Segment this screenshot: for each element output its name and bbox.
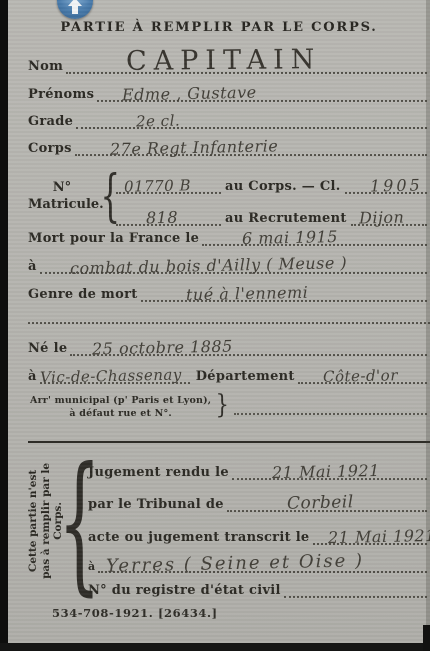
tribunal-label: par le Tribunal de bbox=[88, 497, 227, 512]
ne-le-value: 25 octobre 1885 bbox=[92, 337, 233, 359]
lieu-transcription-value: Yerres ( Seine et Oise ) bbox=[106, 550, 364, 576]
classe-value: 1905 bbox=[369, 175, 422, 195]
prenoms-line: Edme , Gustave bbox=[97, 100, 427, 102]
arrondissement-label-line2: à défaut rue et N°. bbox=[30, 408, 211, 421]
arrondissement-brace: } bbox=[216, 392, 229, 418]
departement-label: Département bbox=[190, 369, 298, 384]
registre-label: N° du registre d'état civil bbox=[88, 583, 284, 598]
field-row-jugement: Jugement rendu le 21 Mai 1921 bbox=[88, 462, 427, 480]
field-block-arrondissement: Arr' municipal (p' Paris et Lyon), à déf… bbox=[30, 394, 427, 422]
genre-mort-value: tué à l'ennemi bbox=[185, 283, 308, 305]
field-row-lieu-transcription: à Yerres ( Seine et Oise ) bbox=[88, 555, 427, 573]
dotted-separator bbox=[28, 322, 430, 324]
prenoms-value: Edme , Gustave bbox=[122, 83, 257, 105]
ne-a-value: Vic-de-Chassenay bbox=[40, 366, 182, 387]
recrutement-line: Dijon bbox=[351, 224, 427, 226]
tribunal-line: Corbeil bbox=[227, 510, 427, 512]
arrondissement-label-line1: Arr' municipal (p' Paris et Lyon), bbox=[30, 395, 211, 408]
matricule-label-line2: Matricule. bbox=[28, 197, 96, 214]
jugement-label: Jugement rendu le bbox=[88, 465, 232, 480]
ne-le-line: 25 octobre 1885 bbox=[70, 354, 427, 356]
corps-value: 27e Regt Infanterie bbox=[110, 136, 279, 159]
lieu-mort-value: combat du bois d'Ailly ( Meuse ) bbox=[70, 253, 347, 278]
lieu-transcription-label: à bbox=[88, 560, 98, 573]
nom-line: CAPITAIN bbox=[66, 72, 427, 74]
recrutement-value: Dijon bbox=[358, 208, 404, 228]
scan-edge-left bbox=[0, 0, 8, 651]
arrondissement-label: Arr' municipal (p' Paris et Lyon), à déf… bbox=[30, 395, 211, 421]
corps-line: 27e Regt Infanterie bbox=[75, 154, 427, 156]
arrondissement-line bbox=[234, 401, 427, 415]
lieu-mort-label: à bbox=[28, 259, 40, 274]
tribunal-value: Corbeil bbox=[287, 492, 354, 513]
transcrit-value: 21 Mai 1921 bbox=[327, 526, 430, 547]
field-row-grade: Grade 2e cl. bbox=[28, 111, 427, 129]
departement-value: Côte-d'or bbox=[323, 366, 398, 386]
mort-value: 6 mai 1915 bbox=[242, 227, 338, 248]
mort-label: Mort pour la France le bbox=[28, 231, 202, 246]
registre-line bbox=[284, 596, 427, 598]
field-row-nom: Nom CAPITAIN bbox=[28, 46, 427, 74]
field-row-registre: N° du registre d'état civil bbox=[88, 580, 427, 598]
matricule-corps-value: 01770 B bbox=[124, 176, 191, 195]
scan-edge-right bbox=[426, 0, 430, 651]
field-row-lieu-mort: à combat du bois d'Ailly ( Meuse ) bbox=[28, 256, 427, 274]
matricule-lines: 01770 B au Corps. — Cl. 1905 818 au Recr… bbox=[116, 168, 427, 226]
grade-label: Grade bbox=[28, 114, 76, 129]
scan-edge-corner bbox=[423, 625, 430, 651]
scroll-top-button[interactable] bbox=[57, 0, 93, 19]
field-row-tribunal: par le Tribunal de Corbeil bbox=[88, 494, 427, 512]
field-row-transcrit: acte ou jugement transcrit le 21 Mai 192… bbox=[88, 527, 427, 545]
transcrit-label: acte ou jugement transcrit le bbox=[88, 530, 313, 545]
jugement-value: 21 Mai 1921 bbox=[272, 461, 380, 482]
genre-mort-line: tué à l'ennemi bbox=[141, 300, 427, 302]
mort-line: 6 mai 1915 bbox=[202, 244, 427, 246]
au-recrutement-label: au Recrutement bbox=[221, 211, 351, 226]
departement-line: Côte-d'or bbox=[298, 382, 427, 384]
matricule-label: N° Matricule. bbox=[28, 180, 96, 214]
lieu-transcription-line: Yerres ( Seine et Oise ) bbox=[98, 571, 427, 573]
matricule-recrutement-line: 818 bbox=[116, 224, 221, 226]
genre-mort-label: Genre de mort bbox=[28, 287, 141, 302]
matricule-label-line1: N° bbox=[28, 180, 96, 197]
nom-label: Nom bbox=[28, 59, 66, 74]
scan-edge-bottom bbox=[0, 643, 430, 651]
jugement-line: 21 Mai 1921 bbox=[232, 478, 427, 480]
form-reference-code: 534-708-1921. [26434.] bbox=[52, 606, 218, 620]
corps-label: Corps bbox=[28, 141, 75, 156]
matricule-line-corps: 01770 B au Corps. — Cl. 1905 bbox=[116, 172, 427, 194]
matricule-brace: { bbox=[101, 172, 112, 222]
page-title: PARTIE À REMPLIR PAR LE CORPS. bbox=[8, 20, 430, 35]
transcrit-line: 21 Mai 1921 bbox=[313, 543, 427, 545]
field-row-prenoms: Prénoms Edme , Gustave bbox=[28, 84, 427, 102]
nom-value: CAPITAIN bbox=[126, 44, 322, 77]
ne-le-label: Né le bbox=[28, 341, 70, 356]
up-arrow-icon bbox=[72, 5, 78, 14]
au-corps-label: au Corps. — Cl. bbox=[221, 179, 345, 194]
field-row-mort: Mort pour la France le 6 mai 1915 bbox=[28, 228, 427, 246]
field-block-matricule: N° Matricule. { 01770 B au Corps. — Cl. … bbox=[28, 168, 427, 226]
matricule-line-recrutement: 818 au Recrutement Dijon bbox=[116, 204, 427, 226]
grade-value: 2e cl. bbox=[136, 112, 181, 131]
prenoms-label: Prénoms bbox=[28, 87, 97, 102]
matricule-recrutement-value: 818 bbox=[146, 208, 178, 228]
ne-a-line: Vic-de-Chassenay bbox=[40, 382, 190, 384]
classe-line: 1905 bbox=[345, 192, 427, 194]
ne-a-label: à bbox=[28, 369, 40, 384]
grade-line: 2e cl. bbox=[76, 127, 427, 129]
scanned-military-death-record: PARTIE À REMPLIR PAR LE CORPS. Nom CAPIT… bbox=[0, 0, 430, 651]
lieu-mort-line: combat du bois d'Ailly ( Meuse ) bbox=[40, 272, 427, 274]
matricule-corps-line: 01770 B bbox=[116, 192, 221, 194]
field-row-ne-le: Né le 25 octobre 1885 bbox=[28, 338, 427, 356]
field-row-naissance-lieu: à Vic-de-Chassenay Département Côte-d'or bbox=[28, 366, 427, 384]
field-row-genre-mort: Genre de mort tué à l'ennemi bbox=[28, 284, 427, 302]
field-row-corps: Corps 27e Regt Infanterie bbox=[28, 138, 427, 156]
